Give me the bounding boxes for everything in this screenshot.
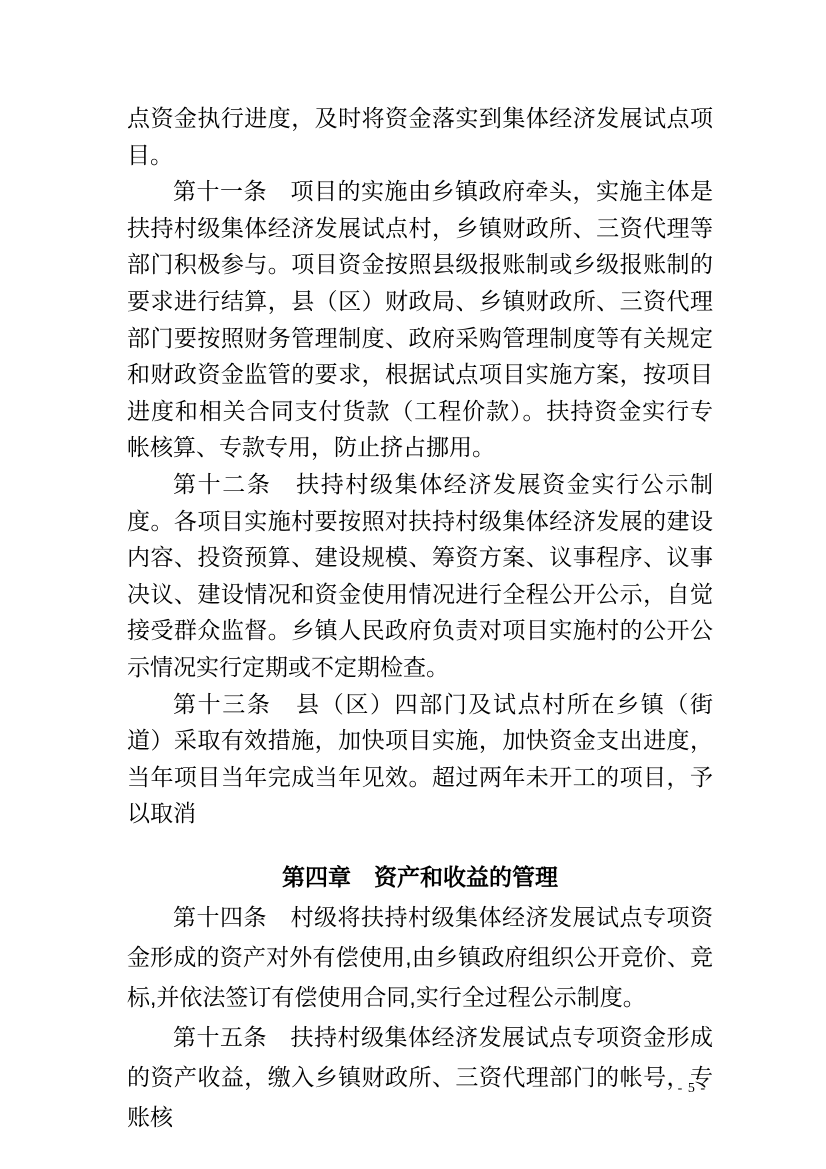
paragraph-article-15: 第十五条 扶持村级集体经济发展试点专项资金形成的资产收益，缴入乡镇财政所、三资代… xyxy=(127,1017,713,1137)
page-number: - 5 - xyxy=(678,1080,706,1098)
page-body: 点资金执行进度，及时将资金落实到集体经济发展试点项目。 第十一条 项目的实施由乡… xyxy=(127,100,713,1137)
paragraph-article-14: 第十四条 村级将扶持村级集体经济发展试点专项资金形成的资产对外有偿使用,由乡镇政… xyxy=(127,897,713,1017)
paragraph-article-12: 第十二条 扶持村级集体经济发展资金实行公示制度。各项目实施村要按照对扶持村级集体… xyxy=(127,466,713,686)
paragraph-article-13: 第十三条 县（区）四部门及试点村所在乡镇（街道）采取有效措施，加快项目实施，加快… xyxy=(127,686,713,832)
document-page: { "document": { "chapter_heading": "第四章 … xyxy=(0,0,826,1169)
paragraph-continuation: 点资金执行进度，及时将资金落实到集体经济发展试点项目。 xyxy=(127,100,713,173)
paragraph-article-11: 第十一条 项目的实施由乡镇政府牵头，实施主体是扶持村级集体经济发展试点村，乡镇财… xyxy=(127,173,713,466)
chapter-heading: 第四章 资产和收益的管理 xyxy=(127,857,713,897)
